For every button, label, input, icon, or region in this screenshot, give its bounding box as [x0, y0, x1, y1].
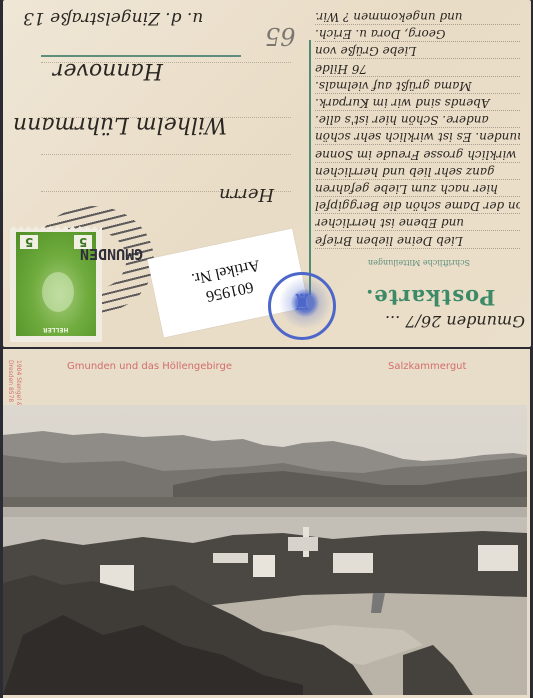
address-prefix: Herrn — [219, 184, 274, 205]
message-line: hier nach zum Liebe gefahren — [315, 182, 520, 196]
address-recipient: Wilhelm Lührmann — [13, 112, 227, 137]
gmunden-photo-icon — [3, 405, 527, 695]
stamp-inscription: HELLER — [24, 326, 88, 333]
address-rule — [41, 55, 241, 57]
message-line: Abends sind wir im Kurpark. — [315, 96, 520, 110]
message-line: Lieb Deine lieben Briefe — [315, 234, 520, 248]
date-line: Gmunden 26/7 ... — [385, 312, 525, 331]
message-line: ganz sehr lieb und herrlichen — [315, 165, 520, 179]
postmark-text: GMUNDEN — [80, 245, 143, 263]
message-line: 76 Hilde — [315, 62, 520, 76]
divider-line — [309, 40, 311, 295]
address-city: Hannover — [53, 58, 163, 83]
postkarte-heading: Postkarte. — [365, 285, 495, 310]
caption-left: Gmunden und das Höllengebirge — [67, 361, 232, 372]
message-line: und Ebene ist herrlicher — [315, 216, 520, 230]
portrait-icon — [42, 272, 74, 312]
caption-right: Salzkammergut — [388, 361, 466, 372]
message-line: Und wirklich grosse Freude im Sonne — [315, 148, 520, 162]
message-line: Georg, Dora u. Erich. — [315, 27, 520, 41]
message-line: und ungekommen ? Wir. — [315, 10, 520, 24]
stamp-value: 5 — [20, 235, 38, 249]
message-line: von der Dame schön die Berggipfel — [315, 199, 520, 213]
landscape-photo — [3, 405, 527, 695]
message-label: Schriftliche Mitteilungen — [368, 258, 470, 267]
pencil-note: 65 — [265, 22, 296, 50]
message-line: andere. Schön hier ist's alle. — [315, 113, 520, 127]
address-street: u. d. Zingelstraße 13 — [23, 8, 203, 28]
message-line: Mama grüßt auf vielmals. — [315, 79, 520, 93]
wappen-seal-icon: ♜ — [268, 272, 336, 340]
message-line: Liebe Grüße von — [315, 44, 520, 58]
message-line: Gmunden. Es ist wirklich sehr schön — [315, 130, 520, 144]
postage-stamp: 5 5 HELLER — [10, 226, 102, 342]
